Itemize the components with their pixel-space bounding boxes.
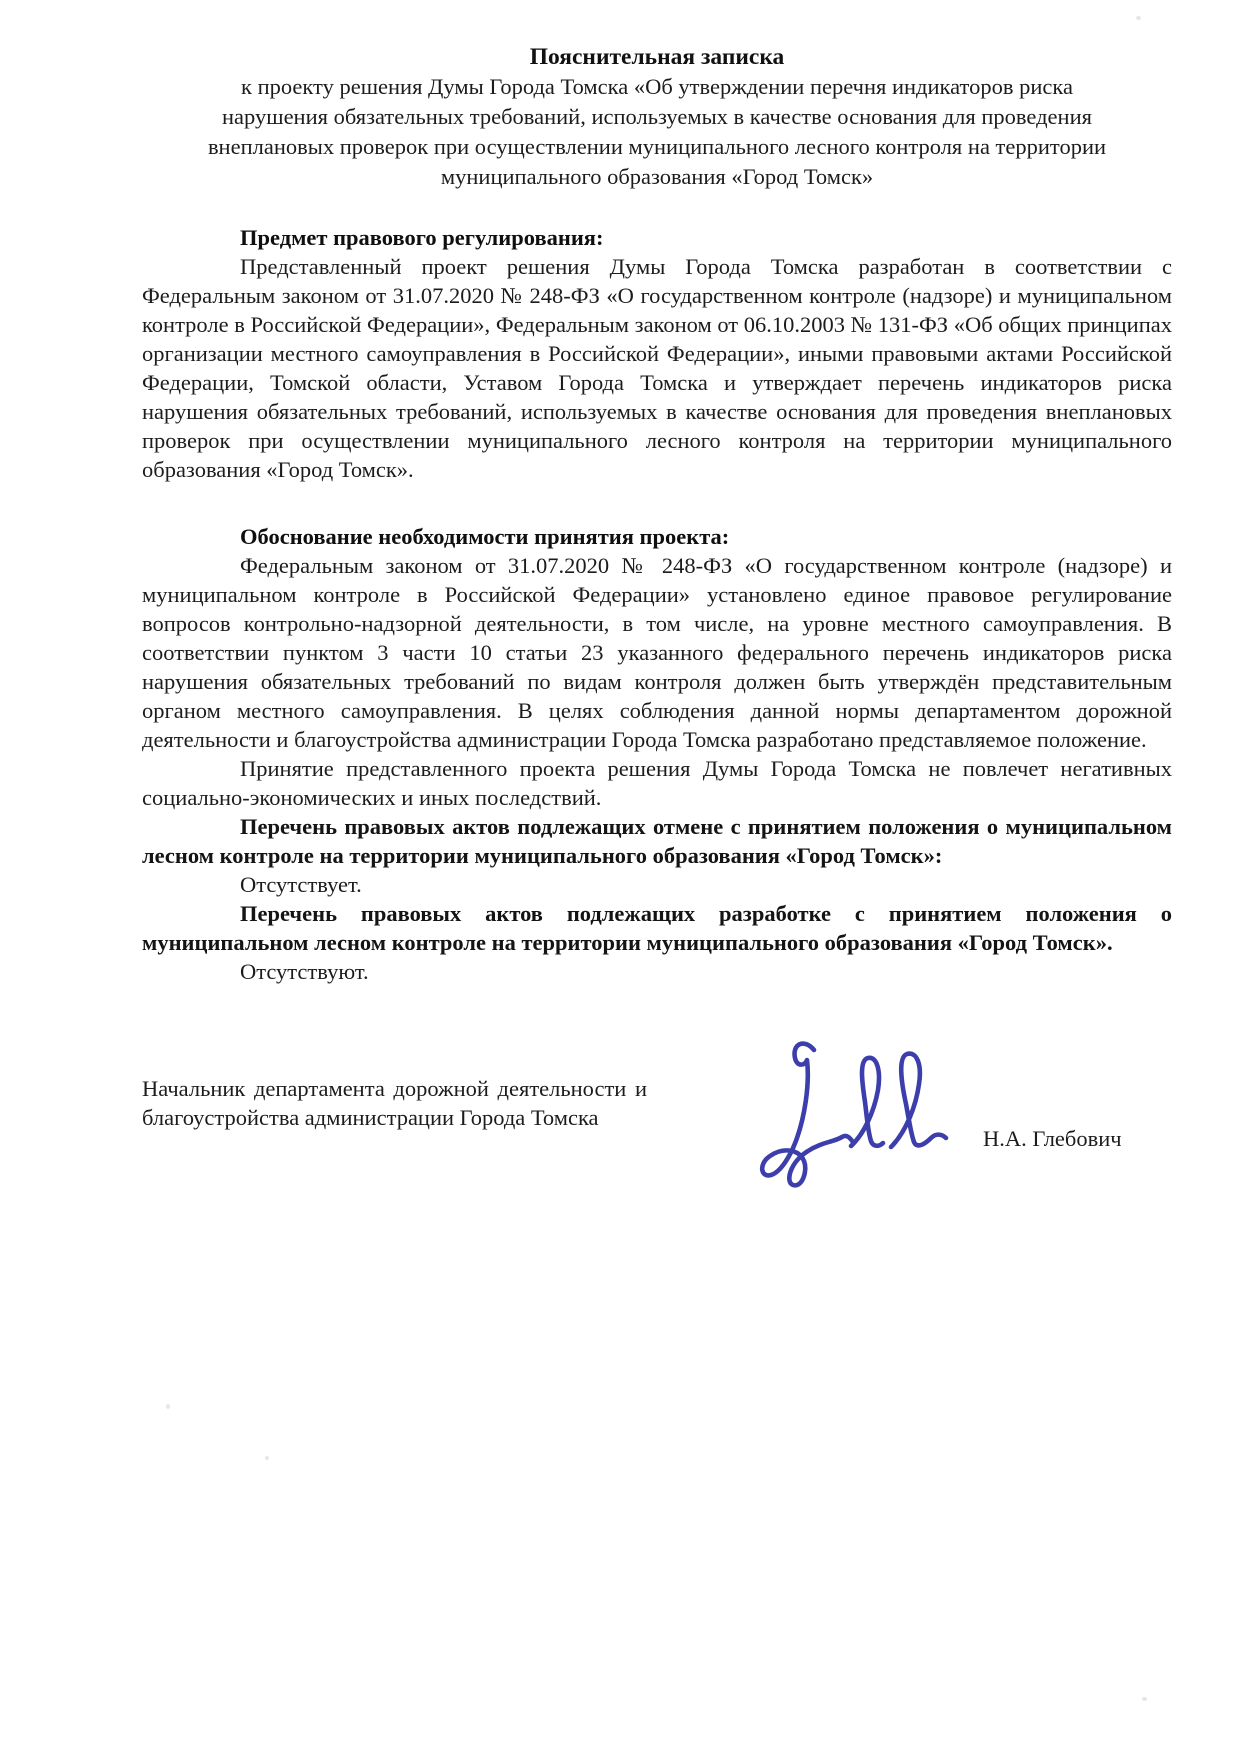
paragraph-subject-body: Представленный проект решения Думы Город… bbox=[142, 252, 1172, 484]
document-page: Пояснительная записка к проекту решения … bbox=[0, 0, 1240, 1753]
signatory-position: Начальник департамента дорожной деятельн… bbox=[142, 1074, 647, 1132]
document-header: Пояснительная записка к проекту решения … bbox=[142, 42, 1172, 192]
scan-speck bbox=[1136, 16, 1141, 20]
paragraph-justification-2: Принятие представленного проекта решения… bbox=[142, 754, 1172, 812]
signature-stroke bbox=[891, 1054, 946, 1147]
document-subtitle: к проекту решения Думы Города Томска «Об… bbox=[142, 72, 1172, 192]
section-acts-to-repeal: Перечень правовых актов подлежащих отмен… bbox=[142, 812, 1172, 899]
signature-block: Начальник департамента дорожной деятельн… bbox=[142, 1074, 1172, 1249]
acts-to-repeal-answer: Отсутствует. bbox=[142, 870, 1172, 899]
signature-stroke bbox=[762, 1044, 853, 1186]
document-title: Пояснительная записка bbox=[142, 42, 1172, 72]
paragraph-acts-to-develop-heading: Перечень правовых актов подлежащих разра… bbox=[142, 899, 1172, 957]
signatory-name: Н.А. Глебович bbox=[983, 1124, 1122, 1153]
section-heading-justification: Обоснование необходимости принятия проек… bbox=[142, 522, 1172, 551]
acts-to-develop-answer: Отсутствуют. bbox=[142, 957, 1172, 986]
scan-speck bbox=[265, 1456, 269, 1460]
signature-ink bbox=[750, 1034, 960, 1199]
document-subtitle-line: муниципального образования «Город Томск» bbox=[142, 162, 1172, 192]
paragraph-acts-to-repeal-heading: Перечень правовых актов подлежащих отмен… bbox=[142, 812, 1172, 870]
scan-speck bbox=[166, 1404, 170, 1409]
document-subtitle-line: нарушения обязательных требований, испол… bbox=[142, 102, 1172, 132]
document-subtitle-line: внеплановых проверок при осуществлении м… bbox=[142, 132, 1172, 162]
section-subject: Предмет правового регулирования: Предста… bbox=[142, 223, 1172, 484]
document-subtitle-line: к проекту решения Думы Города Томска «Об… bbox=[142, 72, 1172, 102]
paragraph-justification-1: Федеральным законом от 31.07.2020 № 248-… bbox=[142, 551, 1172, 754]
section-justification: Обоснование необходимости принятия проек… bbox=[142, 522, 1172, 812]
signature-stroke bbox=[851, 1058, 883, 1146]
section-acts-to-develop: Перечень правовых актов подлежащих разра… bbox=[142, 899, 1172, 986]
section-heading-subject: Предмет правового регулирования: bbox=[142, 223, 1172, 252]
section-gap bbox=[142, 484, 1172, 522]
scan-speck bbox=[1142, 1697, 1147, 1701]
